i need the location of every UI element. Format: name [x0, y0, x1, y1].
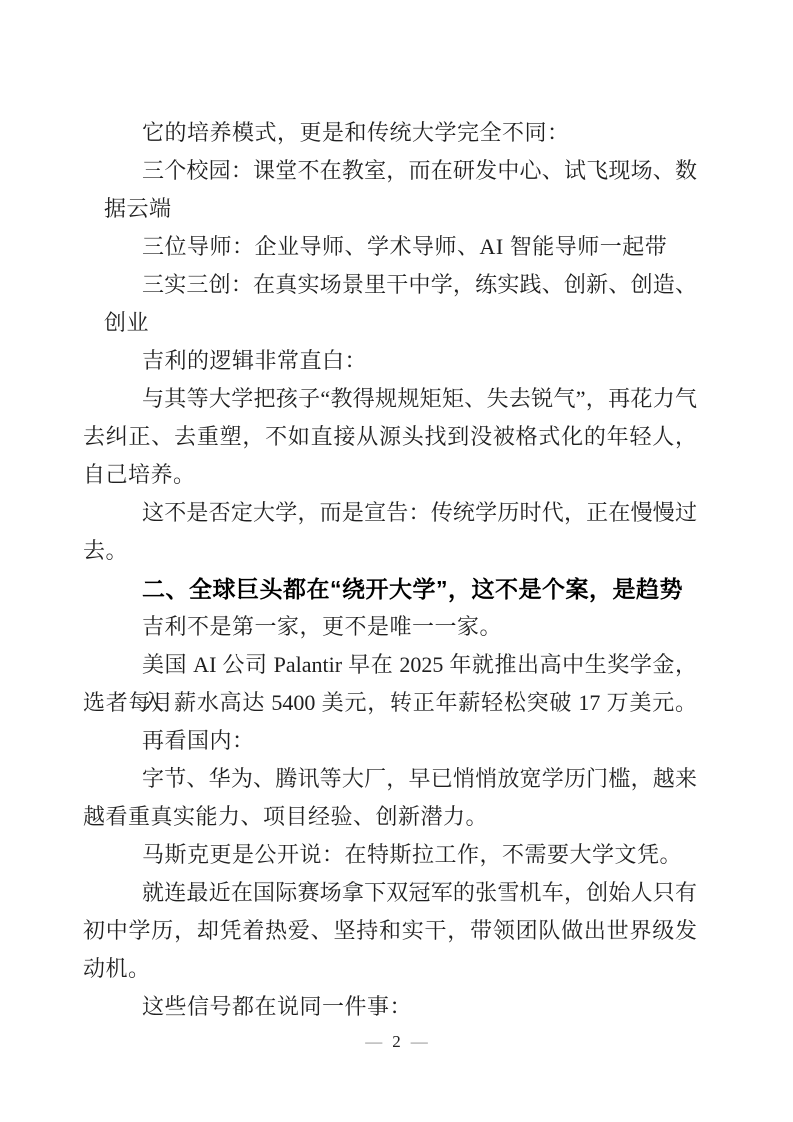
page-number: 2	[392, 1032, 401, 1051]
text-line: 三实三创：在真实场景里干中学，练实践、创新、创造、	[83, 266, 697, 304]
text-line: 与其等大学把孩子“教得规规矩矩、失去锐气”，再花力气	[83, 380, 697, 418]
text-line: 三个校园：课堂不在教室，而在研发中心、试飞现场、数	[83, 152, 697, 190]
text-line: 就连最近在国际赛场拿下双冠军的张雪机车，创始人只有	[83, 874, 697, 912]
text-line: 动机。	[83, 950, 697, 988]
section-heading: 二、全球巨头都在“绕开大学”，这不是个案，是趋势	[83, 570, 697, 608]
text-line: 吉利不是第一家，更不是唯一一家。	[83, 608, 697, 646]
text-line: 它的培养模式，更是和传统大学完全不同：	[83, 114, 697, 152]
text-line: 选者每月薪水高达 5400 美元，转正年薪轻松突破 17 万美元。	[83, 684, 697, 722]
text-line: 创业	[83, 304, 697, 342]
text-line: 字节、华为、腾讯等大厂，早已悄悄放宽学历门槛，越来	[83, 760, 697, 798]
text-line: 去。	[83, 532, 697, 570]
text-line: 马斯克更是公开说：在特斯拉工作，不需要大学文凭。	[83, 836, 697, 874]
page-footer: —2—	[0, 1030, 793, 1054]
document-body: 它的培养模式，更是和传统大学完全不同：三个校园：课堂不在教室，而在研发中心、试飞…	[83, 114, 697, 1026]
text-line: 这些信号都在说同一件事：	[83, 988, 697, 1026]
text-line: 越看重真实能力、项目经验、创新潜力。	[83, 798, 697, 836]
text-line: 初中学历，却凭着热爱、坚持和实干，带领团队做出世界级发	[83, 912, 697, 950]
document-page: 它的培养模式，更是和传统大学完全不同：三个校园：课堂不在教室，而在研发中心、试飞…	[0, 0, 793, 1122]
text-line: 自己培养。	[83, 456, 697, 494]
text-line: 这不是否定大学，而是宣告：传统学历时代，正在慢慢过	[83, 494, 697, 532]
text-line: 去纠正、去重塑，不如直接从源头找到没被格式化的年轻人，	[83, 418, 697, 456]
text-line: 三位导师：企业导师、学术导师、AI 智能导师一起带	[83, 228, 697, 266]
footer-right-dash: —	[411, 1032, 428, 1051]
text-line: 美国 AI 公司 Palantir 早在 2025 年就推出高中生奖学金，入	[83, 646, 697, 684]
text-line: 吉利的逻辑非常直白：	[83, 342, 697, 380]
text-line: 再看国内：	[83, 722, 697, 760]
text-line: 据云端	[83, 190, 697, 228]
footer-left-dash: —	[365, 1032, 382, 1051]
